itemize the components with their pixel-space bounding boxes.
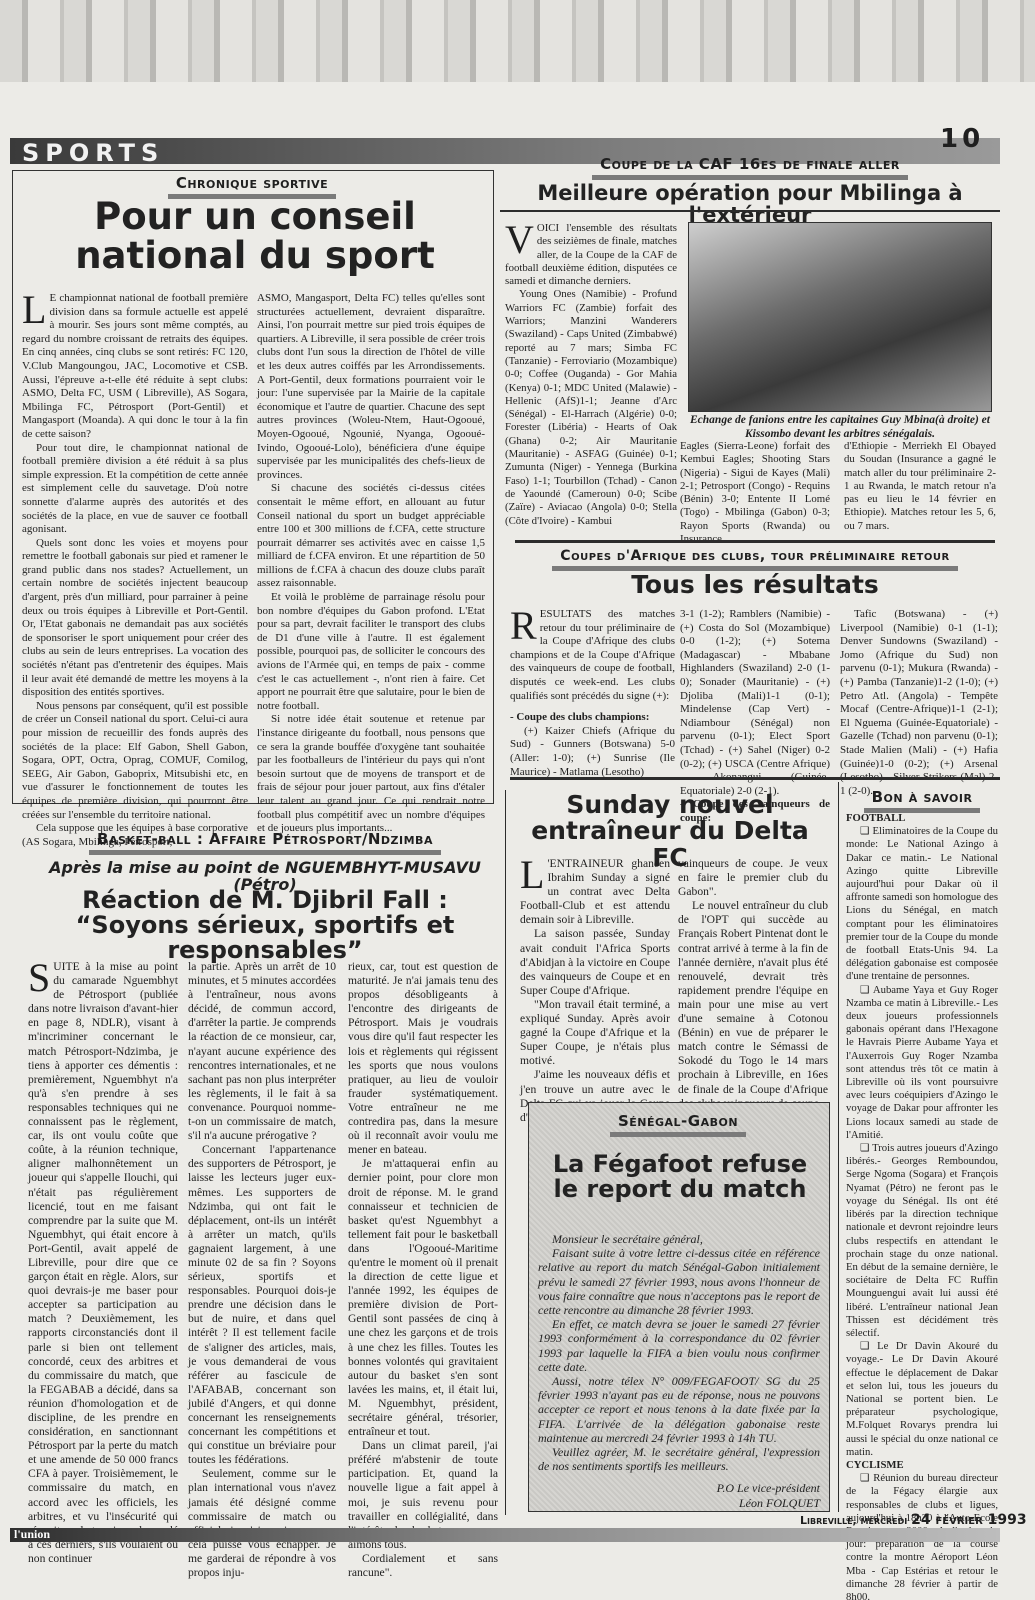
basket-col-2: la partie. Après un arrêt de 10 minutes,…	[188, 960, 336, 1580]
page-number: 10	[940, 124, 984, 154]
coupes-col-1: RESULTATS des matches retour du tour pré…	[510, 608, 675, 779]
scan-top-edge	[0, 0, 1035, 82]
coupes-title: Tous les résultats	[510, 572, 1000, 598]
caf-kicker: Coupe de la CAF 16es de finale aller	[540, 155, 960, 180]
caf-title: Meilleure opération pour Mbilinga à l'ex…	[505, 182, 995, 226]
chronique-col-1: LE championnat national de football prem…	[22, 292, 248, 849]
bon-col: FOOTBALL ❑ Eliminatoires de la Coupe du …	[846, 812, 998, 1600]
caf-col-3: d'Ethiopie - Merriekh El Obayed du Souda…	[844, 440, 996, 533]
basket-title: Réaction de M. Djibril Fall : “Soyons sé…	[30, 888, 500, 964]
photo-caption: Echange de fanions entre les capitaines …	[685, 413, 995, 441]
bon-kicker: Bon à savoir	[842, 788, 1002, 813]
column-divider	[505, 790, 506, 1515]
match-photo	[688, 222, 992, 412]
coupes-rule	[515, 540, 995, 543]
basket-col-3: rieux, car, tout est question de maturit…	[348, 960, 498, 1580]
coupes-bottom-rule	[510, 777, 1000, 780]
footer-bar	[10, 1528, 1000, 1542]
sunday-col-2: vainqueurs de coupe. Je veux en faire le…	[678, 857, 828, 1111]
coupes-kicker: Coupes d'Afrique des clubs, tour prélimi…	[510, 548, 1000, 571]
newspaper-logo: l'union	[14, 1527, 50, 1542]
caf-col-1: VOICI l'ensemble des résultats des seizi…	[505, 222, 677, 528]
fegafoot-title: La Fégafoot refuse le report du match	[545, 1152, 815, 1202]
basket-col-1: SUITE à la mise au point du camarade Ngu…	[28, 960, 178, 1566]
chronique-title: Pour un conseil national du sport	[30, 198, 480, 276]
bon-divider	[838, 782, 839, 1512]
caf-col-2: Eagles (Sierra-Leone) forfait des Kembui…	[680, 440, 830, 546]
sunday-col-1: L'ENTRAINEUR ghanéen Ibrahim Sunday a si…	[520, 857, 670, 1125]
coupes-col-3: Tafic (Botswana) - (+) Liverpool (Namibi…	[840, 608, 998, 798]
basket-kicker: Basket-ball : Affaire Pétrosport/Ndzimba	[40, 830, 490, 855]
caf-rule	[500, 210, 1000, 212]
fegafoot-kicker: Sénégal-Gabon	[528, 1112, 828, 1137]
section-label: SPORTS	[22, 139, 164, 167]
chronique-col-2: ASMO, Mangasport, Delta FC) telles qu'el…	[257, 292, 485, 836]
fegafoot-letter: Monsieur le secrétaire général, Faisant …	[538, 1232, 820, 1510]
footer-date: Libreville, mercredi 24 février 1993	[800, 1512, 1027, 1528]
